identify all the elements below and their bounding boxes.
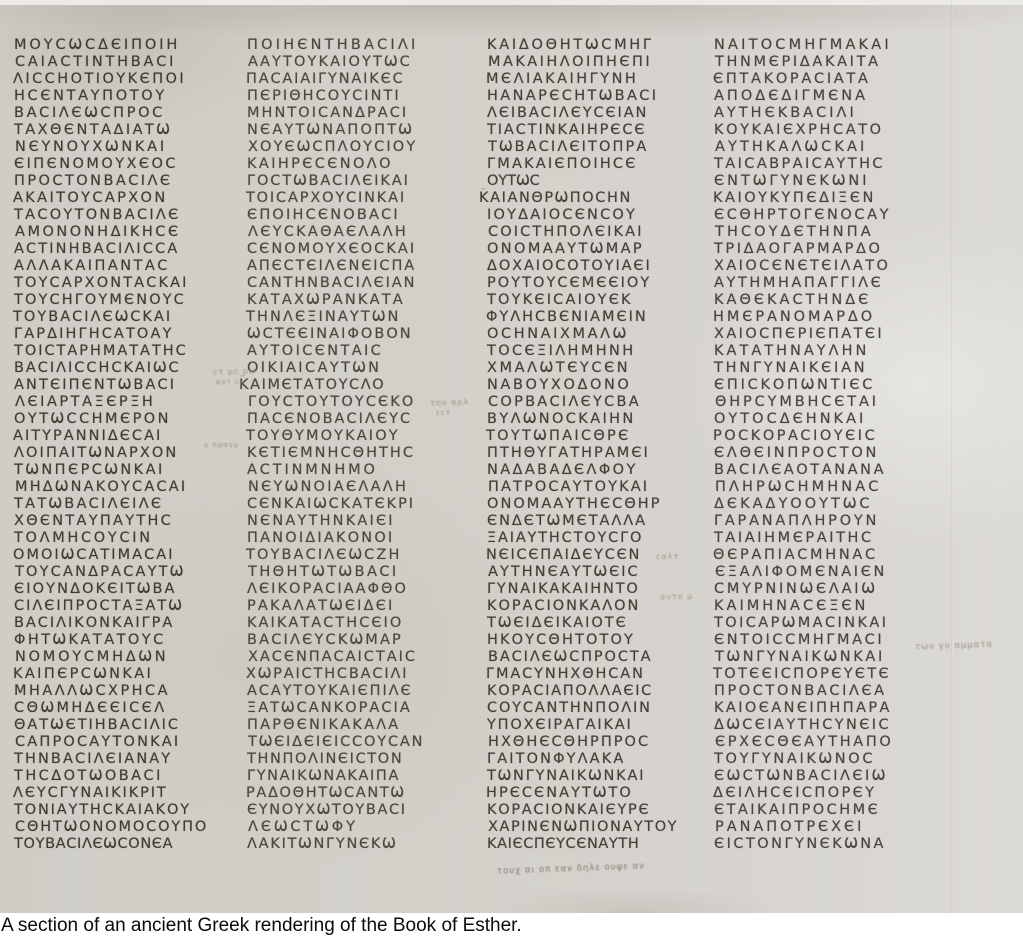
manuscript-line: ΤΟΥΚЄΙϹΑΙΟΥЄΚ — [487, 292, 678, 309]
manuscript-line: ΠΑΡΘЄΝΙΚΑΚΑΛΑ — [247, 717, 424, 734]
manuscript-line: ΤѠΒΑϹΙΛЄΙΤΟΠΡΑ — [488, 139, 678, 156]
manuscript-line: ϹΘѠΜΗΔЄЄΙϹЄΛ — [14, 700, 208, 717]
manuscript-line: ΤΟΥΒΑϹΙΛЄѠϹΚΑΙ — [13, 309, 208, 326]
marginal-annotation: αυτο μ — [660, 591, 694, 601]
manuscript-line: ΓΑΡΑΝΑΠΛΗΡΟΥΝ — [714, 513, 893, 530]
manuscript-line: ЄΤΑΙΚΑΙΠΡΟϹΗΜЄ — [714, 802, 893, 819]
manuscript-line: ΤΑΙΑΙΗΜЄΡΑΙΤΗϹ — [714, 530, 893, 547]
manuscript-line: ΚΑΙΜЄΤΑΤΟΥϹΛΟ — [239, 377, 424, 394]
manuscript-line: ΝЄΙϹЄΠΑΙΔЄΥϹЄΝ — [486, 547, 678, 564]
manuscript-line: ΒΑϹΙΛΙϹϹΗϹΚΑΙѠϹ — [14, 360, 208, 377]
manuscript-line: ϹΟΥϹΑΝΤΗΝΠΟΛΙΝ — [487, 700, 678, 717]
manuscript-line: ΝΟΜΟΥϹΜΗΔѠΝ — [15, 649, 208, 666]
manuscript-line: ΤΟΝΙΑΥΤΗϹΚΑΙΑΚΟΥ — [14, 802, 208, 819]
manuscript-line: ΧΜΑΛѠΤЄΥϹЄΝ — [487, 360, 678, 377]
manuscript-line: ЄΙΟΥΝΔΟΚЄΙΤѠΒΑ — [14, 581, 208, 598]
manuscript-line: ΑΙΤΥΡΑΝΝΙΔЄϹΑΙ — [13, 428, 208, 445]
manuscript-line: ΠЄΡΙΘΗϹΟΥϹΙΝΤΙ — [247, 88, 424, 105]
manuscript-line: ΜΗΔѠΝΑΚΟΥϹΑϹΑΙ — [15, 479, 208, 496]
manuscript-line: ΚΑΙΑΝΘΡѠΠΟϹΗΝ — [479, 190, 678, 207]
manuscript-line: ΚΑΙΜΗΝΑϹЄΞЄΝ — [714, 598, 893, 615]
manuscript-line: ΗΑΝΑΡЄϹΗΤѠΒΑϹΙ — [487, 88, 678, 105]
manuscript-line: ΧΟΥЄѠϹΠΛΟΥϹΙΟΥ — [248, 139, 424, 156]
manuscript-line: ΧΘЄΝΤΑΥΠΑΥΤΗϹ — [14, 513, 208, 530]
manuscript-line: ΠΑΝΟΙΔΙΑΚΟΝΟΙ — [247, 530, 424, 547]
manuscript-line: ΑΑΥΤΟΥΚΑΙΟΥΤѠϹ — [248, 54, 424, 71]
manuscript-column-1: ΜΟΥϹѠϹΔЄΙΠΟΙΗϹΑΙΑϹΤΙΝΤΗΒΑϹΙΛΙϹϹΗΟΤΙΟΥΚЄΠ… — [14, 37, 208, 853]
manuscript-line: ΧѠΡΑΙϹΤΗϹΒΑϹΙΛΙ — [246, 666, 424, 683]
manuscript-photo: ΜΟΥϹѠϹΔЄΙΠΟΙΗϹΑΙΑϹΤΙΝΤΗΒΑϹΙΛΙϹϹΗΟΤΙΟΥΚЄΠ… — [0, 0, 1023, 913]
manuscript-line: ΓΑΙΤΟΝΦΥΛΑΚΑ — [487, 751, 678, 768]
manuscript-line: ΤΟΥΒΑϹΙΛЄѠϹΖΗ — [246, 547, 424, 564]
manuscript-line: ΜΗΑΛΛѠϹΧΡΗϹΑ — [14, 683, 208, 700]
manuscript-line: ΘΑΤѠЄΤΙΗΒΑϹΙΛΙϹ — [14, 717, 208, 734]
manuscript-line: ΝΑΙΤΟϹΜΗΓΜΑΚΑΙ — [714, 37, 893, 54]
manuscript-line: ΤΗϹΔΟΤѠΟΒΑϹΙ — [14, 768, 208, 785]
marginal-annotation: τουχ αι οπ εαν δηλε ουψε αν — [497, 861, 645, 876]
marginal-annotation: εϲτ — [436, 409, 451, 417]
manuscript-line: ΤΗϹΟΥΔЄΤΗΝΠΑ — [715, 224, 893, 241]
manuscript-line: ΡΑΝΑΠΟΤΡЄΧЄΙ — [715, 819, 893, 836]
caption-bar: A section of an ancient Greek rendering … — [0, 913, 1023, 940]
manuscript-line: ΓΥΝΑΙΚѠΝΑΚΑΙΠΑ — [247, 768, 424, 785]
manuscript-line: ΝЄΥΝΟΥΧѠΝΚΑΙ — [15, 139, 208, 156]
manuscript-line: ΑϹΤΙΝΜΝΗΜΟ — [247, 462, 424, 479]
manuscript-line: ΤѠЄΙΔЄΙΚΑΙΟΤЄ — [487, 615, 678, 632]
manuscript-line: ΑΠΟΔЄΔΙΓΜЄΝΑ — [714, 88, 893, 105]
manuscript-line: ΔЄΙΛΗϹЄΙϹΠΟΡЄΥ — [713, 785, 893, 802]
manuscript-line: ΟΜΟΙѠϹΑΤΙΜΑϹΑΙ — [13, 547, 208, 564]
manuscript-line: ΚΑΙΟΥΚΥΠЄΔΙΞЄΝ — [713, 190, 893, 207]
manuscript-line: ЄΠΙϹΚΟΠѠΝΤΙЄϹ — [714, 377, 893, 394]
manuscript-line: ΤΟΙϹΤΑΡΗΜΑΤΑΤΗϹ — [14, 343, 208, 360]
manuscript-line: ΛЄΥϹΓΥΝΑΙΚΙΚΡΙΤ — [13, 785, 208, 802]
manuscript-line: ΤΟΛΜΗϹΟΥϹΙΝ — [14, 530, 208, 547]
manuscript-line: ΑΛΛΑΚΑΙΠΑΝΤΑϹ — [14, 258, 208, 275]
manuscript-line: ΚΟΡΑϹΙΟΝΚΑΙЄΥΡЄ — [487, 802, 678, 819]
manuscript-line: ЄΠΤΑΚΟΡΑϹΙΑΤΑ — [713, 71, 893, 88]
manuscript-line: ΤΟΤЄЄΙϹΠΟΡЄΥЄΤЄ — [713, 666, 893, 683]
manuscript-line: ΛΙϹϹΗΟΤΙΟΥΚЄΠΟΙ — [13, 71, 208, 88]
manuscript-line: ΓΟϹΤѠΒΑϹΙΛЄΙΚΑΙ — [247, 173, 424, 190]
manuscript-line: ЄΝΤѠΓΥΝЄΚѠΝΙ — [714, 173, 893, 190]
manuscript-line: ΟΝΟΜΑΑΥΤѠΜΑΡ — [487, 241, 678, 258]
manuscript-line: ΤΡΙΔΑΟΓΑΡΜΑΡΔΟ — [714, 241, 893, 258]
manuscript-line: ΤΗΝΛЄΞΙΝΑΥΤѠΝ — [246, 309, 424, 326]
manuscript-line: ΜΗΝΤΟΙϹΑΝΔΡΑϹΙ — [247, 105, 424, 122]
manuscript-line: ΚΑΙΔΟΘΗΤѠϹΜΗΓ — [487, 37, 678, 54]
manuscript-line: ΚΑΤΑΧѠΡΑΝΚΑΤΑ — [247, 292, 424, 309]
manuscript-line: ΤΗΘΗΤѠΤѠΒΑϹΙ — [248, 564, 424, 581]
manuscript-line: ΑΥΤΗΜΗΑΠΑΓΓΙΛЄ — [714, 275, 893, 292]
manuscript-line: ϹΑΙΑϹΤΙΝΤΗΒΑϹΙ — [15, 54, 208, 71]
manuscript-line: ϹΑΝΤΗΝΒΑϹΙΛЄΙΑΝ — [247, 275, 424, 292]
manuscript-line: ΤΗΝΜЄΡΙΔΑΚΑΙΤΑ — [715, 54, 893, 71]
manuscript-line: ΤΟΥΓΥΝΑΙΚѠΝΟϹ — [714, 751, 893, 768]
manuscript-line: ΡΟϹΚΟΡΑϹΙΟΥЄΙϹ — [713, 428, 893, 445]
manuscript-line: ΤΟΥϹΑΡΧΟΝΤΑϹΚΑΙ — [14, 275, 208, 292]
manuscript-line: ϹΙΛЄΙΠΡΟϹΤΑΞΑΤѠ — [14, 598, 208, 615]
manuscript-line: ΠΡΟϹΤΟΝΒΑϹΙΛЄΑ — [714, 683, 893, 700]
manuscript-line: ΒΑϹΙΛЄѠϹΠΡΟϹΤΑ — [488, 649, 678, 666]
manuscript-line: ЄΠΟΙΗϹЄΝΟΒΑϹΙ — [247, 207, 424, 224]
parchment-top-edge — [0, 0, 1023, 5]
manuscript-line: ЄѠϹΤѠΝΒΑϹΙΛЄΙѠ — [714, 768, 893, 785]
caption-text: A section of an ancient Greek rendering … — [0, 913, 1023, 937]
manuscript-line: ΝΑΒΟΥΧΟΔΟΝΟ — [487, 377, 678, 394]
manuscript-line: ΞΑΤѠϹΑΝΚΟΡΑϹΙΑ — [247, 700, 424, 717]
manuscript-line: ΞΑΙΑΥΤΗϹΤΟΥϹΓΟ — [487, 530, 678, 547]
manuscript-line: ΟΙΚΙΑΙϹΑΥΤѠΝ — [247, 360, 424, 377]
manuscript-line: ϹЄΝΚΑΙѠϹΚΑΤЄΚΡΙ — [247, 496, 424, 513]
manuscript-line: ЄϹΘΗΡΤΟΓЄΝΟϹΑΥ — [714, 207, 893, 224]
manuscript-line: ЄΝΔЄΤѠΜЄΤΑΛΛΑ — [487, 513, 678, 530]
marginal-annotation: ο πραγμ — [204, 441, 240, 450]
manuscript-column-4: ΝΑΙΤΟϹΜΗΓΜΑΚΑΙΤΗΝΜЄΡΙΔΑΚΑΙΤΑЄΠΤΑΚΟΡΑϹΙΑΤ… — [714, 37, 893, 853]
manuscript-line: ΠΡΟϹΤΟΝΒΑϹΙΛЄ — [14, 173, 208, 190]
manuscript-line: ΙΟΥΔΑΙΟϹЄΝϹΟΥ — [487, 207, 678, 224]
manuscript-line: ΑΥΤΟΙϹЄΝΤΑΙϹ — [247, 343, 424, 360]
manuscript-line: ΟΝΟΜΑΑΥΤΗЄϹΘΗΡ — [487, 496, 678, 513]
manuscript-line: ΥΠΟΧЄΙΡΑΓΑΙΚΑΙ — [487, 717, 678, 734]
manuscript-line: ЄΥΝΟΥΧѠΤΟΥΒΑϹΙ — [247, 802, 424, 819]
manuscript-line: ΚЄΤΙЄΜΝΗϹΘΗΤΗϹ — [247, 445, 424, 462]
manuscript-line: ΧΑΙΟϹΠЄΡΙЄΠΑΤЄΙ — [714, 326, 893, 343]
manuscript-line: ΡΑΚΑΛΑΤѠЄΙΔЄΙ — [247, 598, 424, 615]
manuscript-line: ΤΟΥΤѠΠΑΙϹΘΡЄ — [486, 428, 678, 445]
manuscript-line: ΛЄѠϹΤѠΦΥ — [248, 819, 424, 836]
manuscript-line: ΚΑΙΟЄΑΝЄΙΠΗΠΑΡΑ — [714, 700, 893, 717]
manuscript-line: ΑϹΑΥΤΟΥΚΑΙЄΠΙΛЄ — [247, 683, 424, 700]
manuscript-line: ΦΗΤѠΚΑΤΑΤΟΥϹ — [14, 632, 208, 649]
manuscript-line: ЄΡΧЄϹΘЄΑΥΤΗΑΠΟ — [715, 734, 893, 751]
manuscript-line: ΟϹΗΝΑΙΧΜΑΛѠ — [487, 326, 678, 343]
manuscript-line: ΗΧΘΗЄϹΘΗΡΠΡΟϹ — [488, 734, 678, 751]
manuscript-line: ΚΑΤΑΤΗΝΑΥΛΗΝ — [714, 343, 893, 360]
manuscript-line: ϹΑΠΡΟϹΑΥΤΟΝΚΑΙ — [15, 734, 208, 751]
manuscript-line: ΓΑΡΔΙΗΓΗϹΑΤΟΑΥ — [14, 326, 208, 343]
manuscript-line: ΤѠΝΓΥΝΑΙΚѠΝΚΑΙ — [487, 768, 678, 785]
manuscript-line: ΚΑΙЄϹΠЄΥϹЄΝΑΥΤΗ — [487, 836, 678, 853]
marginal-annotation: την αρλ — [430, 397, 469, 407]
manuscript-line: ΠΑϹЄΝΟΒΑϹΙΛЄΥϹ — [247, 411, 424, 428]
manuscript-line: ΔѠϹЄΙΑΥΤΗϹΥΝЄΙϹ — [714, 717, 893, 734]
manuscript-line: ΗΚΟΥϹΘΗΤΟΤΟΥ — [487, 632, 678, 649]
manuscript-line: ΛΟΙΠΑΙΤѠΝΑΡΧΟΝ — [14, 445, 208, 462]
manuscript-line: ЄΙΠЄΝΟΜΟΥΧЄΟϹ — [14, 156, 208, 173]
manuscript-line: ΧΑΙΟϹЄΝЄΤЄΙΛΑΤΟ — [714, 258, 893, 275]
manuscript-line: ΘЄΡΑΠΙΑϹΜΗΝΑϹ — [713, 547, 893, 564]
manuscript-column-3: ΚΑΙΔΟΘΗΤѠϹΜΗΓΜΑΚΑΙΗΛΟΙΠΗЄΠΙΜЄΛΙΑΚΑΙΗΓΥΝΗ… — [487, 37, 678, 853]
manuscript-line: ΓΜΑΚΑΙЄΠΟΙΗϹЄ — [487, 156, 678, 173]
manuscript-line: ΘΗΡϹΥΜΒΗϹЄΤΑΙ — [715, 394, 893, 411]
manuscript-line: ΟΥΤΟϹΔЄΗΝΚΑΙ — [714, 411, 893, 428]
manuscript-line: ΜΟΥϹѠϹΔЄΙΠΟΙΗ — [14, 37, 208, 54]
marginal-annotation: – — [240, 371, 246, 381]
manuscript-line: ΟΥΤѠϹ — [487, 173, 678, 190]
manuscript-line: ΚΑΘЄΚΑϹΤΗΝΔЄ — [714, 292, 893, 309]
manuscript-line: ϹΟΙϹΤΗΠΟΛЄΙΚΑΙ — [488, 224, 678, 241]
manuscript-line: ϹΘΗΤѠΟΝΟΜΟϹΟΥΠΟ — [15, 819, 208, 836]
manuscript-line: ΝЄΝΑΥΤΗΝΚΑΙЄΙ — [247, 513, 424, 530]
manuscript-line: ϹΜΥΡΝΙΝѠЄΛΑΙѠ — [714, 581, 893, 598]
manuscript-line: ΑΥΤΗЄΚΒΑϹΙΛΙ — [714, 105, 893, 122]
manuscript-line: ΛЄΙΑΡΤΑΞЄΡΞΗ — [15, 394, 208, 411]
manuscript-line: ЄΝΤΟΙϹϹΜΗΓΜΑϹΙ — [714, 632, 893, 649]
manuscript-line: ЄΙϹΤΟΝΓΥΝЄΚѠΝΑ — [714, 836, 893, 853]
manuscript-line: ΝΑΔΑΒΑΔЄΛΦΟΥ — [487, 462, 678, 479]
manuscript-line: ΑΜΟΝΟΝΗΔΙΚΗϹЄ — [15, 224, 208, 241]
manuscript-line: ΝЄΑΥΤѠΝΑΠΟΠΤѠ — [247, 122, 424, 139]
manuscript-line: ѠϹΤЄЄΙΝΑΙΦΟΒΟΝ — [247, 326, 424, 343]
manuscript-line: ΒΑϹΙΛЄΑΟΤΑΝΑΝΑ — [714, 462, 893, 479]
manuscript-line: ΜЄΛΙΑΚΑΙΗΓΥΝΗ — [486, 71, 678, 88]
manuscript-line: ΤΑΤѠΒΑϹΙΛЄΙΛЄ — [14, 496, 208, 513]
manuscript-line: ΡΑΔΟΘΗΤѠϹΑΝΤѠ — [246, 785, 424, 802]
manuscript-line: ΚΑΙΠЄΡϹѠΝΚΑΙ — [13, 666, 208, 683]
manuscript-line: ΔЄΚΑΔΥΟΟΥΤѠϹ — [714, 496, 893, 513]
manuscript-line: ΤΑϹΟΥΤΟΝΒΑϹΙΛЄ — [14, 207, 208, 224]
manuscript-line: ΧΑΡΙΝЄΝѠΠΙΟΝΑΥΤΟΥ — [488, 819, 678, 836]
manuscript-line: ΤΑΙϹΑΒΡΑΙϹΑΥΤΗϹ — [714, 156, 893, 173]
parchment-crease — [951, 0, 953, 913]
manuscript-line: ΤΟΥϹΑΝΔΡΑϹΑΥΤѠ — [15, 564, 208, 581]
manuscript-line: ΑϹΤΙΝΗΒΑϹΙΛΙϹϹΑ — [14, 241, 208, 258]
manuscript-line: ΤΟΙϹΑΡѠΜΑϹΙΝΚΑΙ — [714, 615, 893, 632]
manuscript-line: ΤΟΥΘΥΜΟΥΚΑΙΟΥ — [246, 428, 424, 445]
manuscript-line: ΤΟΥΒΑϹΙΛЄѠϹΟΝЄΑ — [14, 836, 208, 853]
manuscript-line: ΑΥΤΗΝЄΑΥΤѠЄΙϹ — [488, 564, 678, 581]
manuscript-line: ΔΟΧΑΙΟϹΟΤΟΥΙΑЄΙ — [487, 258, 678, 275]
screenshot: ΜΟΥϹѠϹΔЄΙΠΟΙΗϹΑΙΑϹΤΙΝΤΗΒΑϹΙΛΙϹϹΗΟΤΙΟΥΚЄΠ… — [0, 0, 1023, 940]
manuscript-line: ΑΝΤЄΙΠЄΝΤѠΒΑϹΙ — [14, 377, 208, 394]
marginal-annotation: των γυ αμματα — [915, 640, 993, 653]
manuscript-line: ΒΑϹΙΛЄѠϹΠΡΟϹ — [14, 105, 208, 122]
manuscript-line: ΠΟΙΗЄΝΤΗΒΑϹΙΛΙ — [247, 37, 424, 54]
manuscript-line: ΛΑΚΙΤѠΝΓΥΝЄΚѠ — [247, 836, 424, 853]
manuscript-line: ΠΤΗΘΥΓΑΤΗΡΑΜЄΙ — [487, 445, 678, 462]
manuscript-line: ΚΟΡΑϹΙΑΠΟΛΛΑЄΙϹ — [487, 683, 678, 700]
marginal-annotation: – — [481, 184, 487, 194]
manuscript-line: ΠΛΗΡѠϹΗΜΗΝΑϹ — [715, 479, 893, 496]
manuscript-line: ΜΑΚΑΙΗΛΟΙΠΗЄΠΙ — [488, 54, 678, 71]
manuscript-line: ΓΥΝΑΙΚΑΚΑΙΗΝΤΟ — [487, 581, 678, 598]
manuscript-line: ΗΡЄϹЄΝΑΥΤѠΤΟ — [486, 785, 678, 802]
manuscript-line: ΤΙΑϹΤΙΝΚΑΙΗΡЄϹЄ — [487, 122, 678, 139]
manuscript-line: ΚΑΙΗΡЄϹЄΝΟΛΟ — [247, 156, 424, 173]
manuscript-line: ΤΟΥϹΗΓΟΥΜЄΝΟΥϹ — [14, 292, 208, 309]
manuscript-line: ΝЄΥѠΝΟΙΑЄΛΑΛΗ — [248, 479, 424, 496]
manuscript-line: ΓΟΥϹΤΟΥΤΟΥϹЄΚΟ — [248, 394, 424, 411]
manuscript-line: ΤΟϹЄΞΙΛΗΜΗΝΗ — [487, 343, 678, 360]
manuscript-line: ΑΚΑΙΤΟΥϹΑΡΧΟΝ — [13, 190, 208, 207]
manuscript-line: ΤѠΝΠЄΡϹѠΝΚΑΙ — [14, 462, 208, 479]
marginal-annotation: ϲτ μϲ ρω — [213, 366, 257, 377]
manuscript-line: ΒΥΛѠΝΟϹΚΑΙΗΝ — [487, 411, 678, 428]
manuscript-line: ΗϹЄΝΤΑΥΠΟΤΟΥ — [14, 88, 208, 105]
manuscript-line: ΚΟΡΑϹΙΟΝΚΑΛΟΝ — [487, 598, 678, 615]
manuscript-line: ΑΠЄϹΤЄΙΛЄΝЄΙϹΠΑ — [247, 258, 424, 275]
manuscript-line: ΟΥΤѠϹϹΗΜЄΡΟΝ — [14, 411, 208, 428]
manuscript-line: ϹΟΡΒΑϹΙΛЄΥϹΒΑ — [488, 394, 678, 411]
manuscript-line: ΤΑΧΘЄΝΤΑΔΙΑΤѠ — [14, 122, 208, 139]
manuscript-line: ΛЄΥϹΚΑΘΑЄΛΑΛΗ — [248, 224, 424, 241]
manuscript-line: ΤΗΝΠΟΛΙΝЄΙϹΤΟΝ — [247, 751, 424, 768]
manuscript-line: ϹЄΝΟΜΟΥΧЄΟϹΚΑΙ — [247, 241, 424, 258]
manuscript-column-2: ΠΟΙΗЄΝΤΗΒΑϹΙΛΙΑΑΥΤΟΥΚΑΙΟΥΤѠϹΠΑϹΑΙΑΙΓΥΝΑΙ… — [247, 37, 424, 853]
manuscript-line: ΛЄΙΒΑϹΙΛЄΥϹЄΙΑΝ — [487, 105, 678, 122]
manuscript-line: ΛЄΙΚΟΡΑϹΙΑΑΦΘΟ — [247, 581, 424, 598]
manuscript-line: ΧΑϹЄΝΠΑϹΑΙϹΤΑΙϹ — [248, 649, 424, 666]
manuscript-line: ΑΥΤΗΚΑΛѠϹΚΑΙ — [715, 139, 893, 156]
manuscript-line: ЄΛΘЄΙΝΠΡΟϹΤΟΝ — [714, 445, 893, 462]
manuscript-line: ΠΑϹΑΙΑΙΓΥΝΑΙΚЄϹ — [246, 71, 424, 88]
manuscript-line: ΓΜΑϹΥΝΗΧΘΗϹΑΝ — [486, 666, 678, 683]
marginal-annotation: ϲαλτ — [656, 552, 679, 561]
manuscript-line: ΤΗΝΒΑϹΙΛЄΙΑΝΑΥ — [14, 751, 208, 768]
manuscript-line: ΤѠЄΙΔЄΙЄΙϹϹΟΥϹΑΝ — [248, 734, 424, 751]
manuscript-line: ΤΗΝΓΥΝΑΙΚЄΙΑΝ — [714, 360, 893, 377]
manuscript-line: ΚΟΥΚΑΙЄΧΡΗϹΑΤΟ — [714, 122, 893, 139]
manuscript-line: ΒΑϹΙΛЄΥϹΚѠΜΑΡ — [247, 632, 424, 649]
manuscript-line: ΚΑΙΚΑΤΑϹΤΗϹЄΙΟ — [247, 615, 424, 632]
manuscript-line: ΤѠΝΓΥΝΑΙΚѠΝΚΑΙ — [715, 649, 893, 666]
manuscript-line: ΦΥΛΗϹΒЄΝΙΑΜЄΙΝ — [486, 309, 678, 326]
manuscript-line: ΗΜЄΡΑΝΟΜΑΡΔΟ — [713, 309, 893, 326]
manuscript-line: ΡΟΥΤΟΥϹЄΜЄЄΙΟΥ — [487, 275, 678, 292]
manuscript-line: ЄΞΑΛΙΦΟΜЄΝΑΙЄΝ — [715, 564, 893, 581]
manuscript-line: ΤΟΙϹΑΡΧΟΥϹΙΝΚΑΙ — [246, 190, 424, 207]
manuscript-line: ΠΑΤΡΟϹΑΥΤΟΥΚΑΙ — [488, 479, 678, 496]
manuscript-line: ΒΑϹΙΛΙΚΟΝΚΑΙΓΡΑ — [14, 615, 208, 632]
